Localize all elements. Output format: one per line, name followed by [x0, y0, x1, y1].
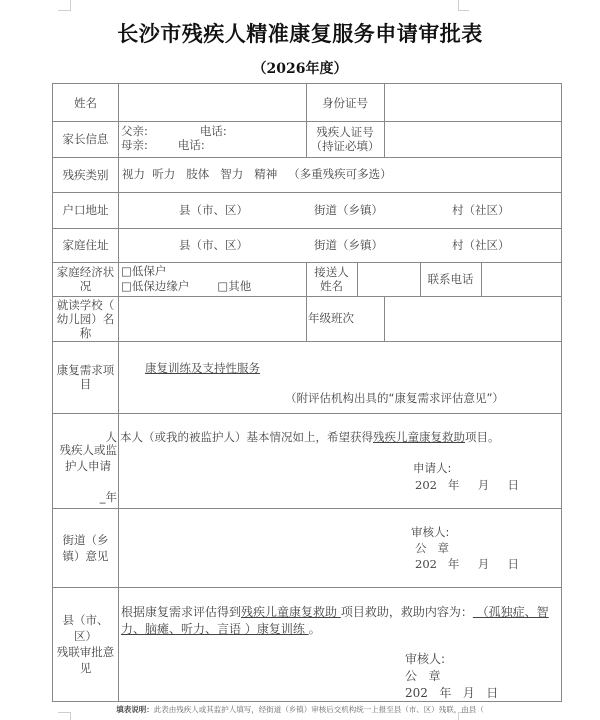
option-dibao[interactable]: □低保户: [121, 264, 306, 279]
economy-label-line1: 家庭经济状: [57, 265, 115, 279]
statement-text: 本人（或我的被监护人）基本情况如上，希望获得: [120, 430, 373, 444]
county-reviewer-label[interactable]: 审核人:: [405, 650, 445, 667]
home-county: 县（市、区）: [179, 228, 248, 262]
street-reviewer-label[interactable]: 审核人:: [411, 524, 449, 540]
school-label-line3: 称: [80, 326, 92, 340]
option-other[interactable]: □其他: [217, 279, 251, 293]
parent-info-field[interactable]: 父亲:电话: 母亲:电话:: [121, 124, 306, 156]
contact-phone-field[interactable]: [482, 262, 561, 296]
applicant-year-fragment: _年: [53, 489, 117, 505]
label-id-number: 身份证号: [306, 84, 384, 121]
disability-cert-field[interactable]: [385, 121, 561, 157]
label-economic-status: 家庭经济状 况: [53, 262, 118, 296]
label-grade-class: 年级班次: [308, 296, 384, 341]
county-content-part2: 力、脑瘫、听力、言语 ）康复训练: [121, 622, 309, 636]
hukou-address-field[interactable]: 县（市、区） 街道（乡镇） 村（社区）: [119, 192, 561, 228]
statement-project: 残疾儿童康复救助: [373, 430, 465, 444]
label-street-opinion: 街道（乡 镇）意见: [53, 508, 118, 587]
economy-label-line2: 况: [80, 279, 92, 293]
name-field[interactable]: [119, 84, 306, 121]
school-label-line1: 就读学校（: [57, 298, 115, 312]
county-project: 残疾儿童康复救助: [241, 605, 341, 619]
home-street: 街道（乡镇）: [314, 228, 383, 262]
cert-label-line1: 残疾人证号: [316, 125, 374, 139]
column-divider: [118, 84, 119, 701]
rehab-item[interactable]: 康复训练及支持性服务: [145, 360, 260, 376]
county-label-line4: 见: [80, 660, 92, 676]
rehab-note: （附评估机构出具的“康复需求评估意见”）: [285, 390, 504, 406]
label-home-address: 家庭住址: [53, 228, 118, 262]
father-label: 父亲:: [121, 124, 148, 138]
county-seal-label: 公 章: [405, 667, 440, 684]
mother-phone-label: 电话:: [178, 138, 205, 152]
applicant-label-line1: 残疾人或监: [53, 442, 117, 458]
pickup-person-field[interactable]: [358, 262, 420, 296]
rehab-label-line2: 目: [80, 377, 92, 391]
row-divider: [53, 413, 561, 414]
application-table: 姓名 身份证号 家长信息 父亲:电话: 母亲:电话: 残疾人证号 （持证必填） …: [52, 83, 562, 702]
label-hukou-address: 户口地址: [53, 192, 118, 228]
label-contact-phone: 联系电话: [420, 262, 481, 296]
page-corner-mark: [458, 0, 469, 11]
street-seal-label: 公 章: [415, 540, 449, 556]
statement-end: 项目。: [465, 430, 500, 444]
label-parent-info: 家长信息: [53, 121, 118, 157]
pickup-label-line2: 姓名: [320, 279, 343, 293]
form-title: 长沙市残疾人精准康复服务申请审批表: [0, 18, 600, 48]
option-dibao-bianyuan[interactable]: □低保边缘户: [121, 279, 189, 293]
row-divider: [53, 341, 561, 342]
form-year: （2026年度）: [0, 58, 600, 78]
father-phone-label: 电话:: [200, 124, 227, 138]
label-name: 姓名: [53, 84, 118, 121]
hukou-street: 街道（乡镇）: [314, 192, 383, 228]
hukou-village: 村（社区）: [452, 192, 510, 228]
home-village: 村（社区）: [452, 228, 510, 262]
county-text-end: 。: [309, 622, 321, 636]
label-county-opinion: 县（市、 区） 残联审批意 见: [53, 587, 118, 701]
grade-class-field[interactable]: [385, 296, 561, 341]
school-label-line2: 幼儿园）名: [57, 312, 115, 326]
label-rehab-needs: 康复需求项 目: [53, 341, 118, 413]
street-opinion-date[interactable]: 202 年 月 日: [415, 556, 519, 572]
school-field[interactable]: [119, 296, 306, 341]
county-text-mid: 项目救助，救助内容为：: [341, 605, 473, 619]
mother-label: 母亲:: [121, 138, 148, 152]
instructions-text: 此表由残疾人或其监护人填写，经街道（乡镇）审核后交机构统一上报至县（市、区）残联…: [154, 705, 484, 714]
hukou-county: 县（市、区）: [179, 192, 248, 228]
street-label-line2: 镇）意见: [63, 548, 109, 564]
home-address-field[interactable]: 县（市、区） 街道（乡镇） 村（社区）: [119, 228, 561, 262]
county-opinion-date[interactable]: 202 年 月 日: [405, 684, 498, 701]
county-label-line1: 县（市、: [63, 612, 109, 628]
pickup-label-line1: 接送人: [314, 265, 349, 279]
instructions-label: 填表说明：: [116, 705, 154, 714]
column-divider: [306, 296, 307, 341]
label-school: 就读学校（ 幼儿园）名 称: [53, 296, 118, 341]
row-divider: [53, 508, 561, 509]
row-divider: [53, 587, 561, 588]
applicant-signature-label[interactable]: 申请人:: [413, 460, 451, 476]
applicant-statement: 本人（或我的被监护人）基本情况如上，希望获得残疾儿童康复救助项目。: [120, 429, 500, 445]
disability-type-options[interactable]: 视力 听力 肢体 智力 精神 （多重残疾可多选）: [122, 157, 560, 192]
county-content-part1: （孤独症、智: [473, 605, 549, 619]
page-corner-mark: [58, 0, 71, 11]
label-pickup-person: 接送人 姓名: [306, 262, 357, 296]
county-label-line2: 区）: [74, 628, 97, 644]
county-text-pre: 根据康复需求评估得到: [121, 605, 241, 619]
county-opinion-text: 根据康复需求评估得到残疾儿童康复救助 项目救助，救助内容为： （孤独症、智力、脑…: [121, 604, 557, 638]
applicant-date[interactable]: 202 年 月 日: [415, 477, 519, 493]
economic-status-options: □低保户 □低保边缘户□其他: [121, 264, 306, 296]
cert-label-line2: （持证必填）: [311, 139, 380, 153]
label-applicant: 残疾人或监 护人申请: [53, 442, 117, 474]
street-label-line1: 街道（乡: [63, 532, 109, 548]
label-disability-type: 残疾类别: [53, 157, 118, 192]
form-instructions: 填表说明：此表由残疾人或其监护人填写，经街道（乡镇）审核后交机构统一上报至县（市…: [0, 704, 600, 715]
id-number-field[interactable]: [385, 84, 561, 121]
county-label-line3: 残联审批意: [57, 644, 115, 660]
rehab-label-line1: 康复需求项: [57, 363, 115, 377]
label-disability-cert: 残疾人证号 （持证必填）: [306, 121, 384, 157]
applicant-label-line2: 护人申请: [53, 458, 117, 474]
